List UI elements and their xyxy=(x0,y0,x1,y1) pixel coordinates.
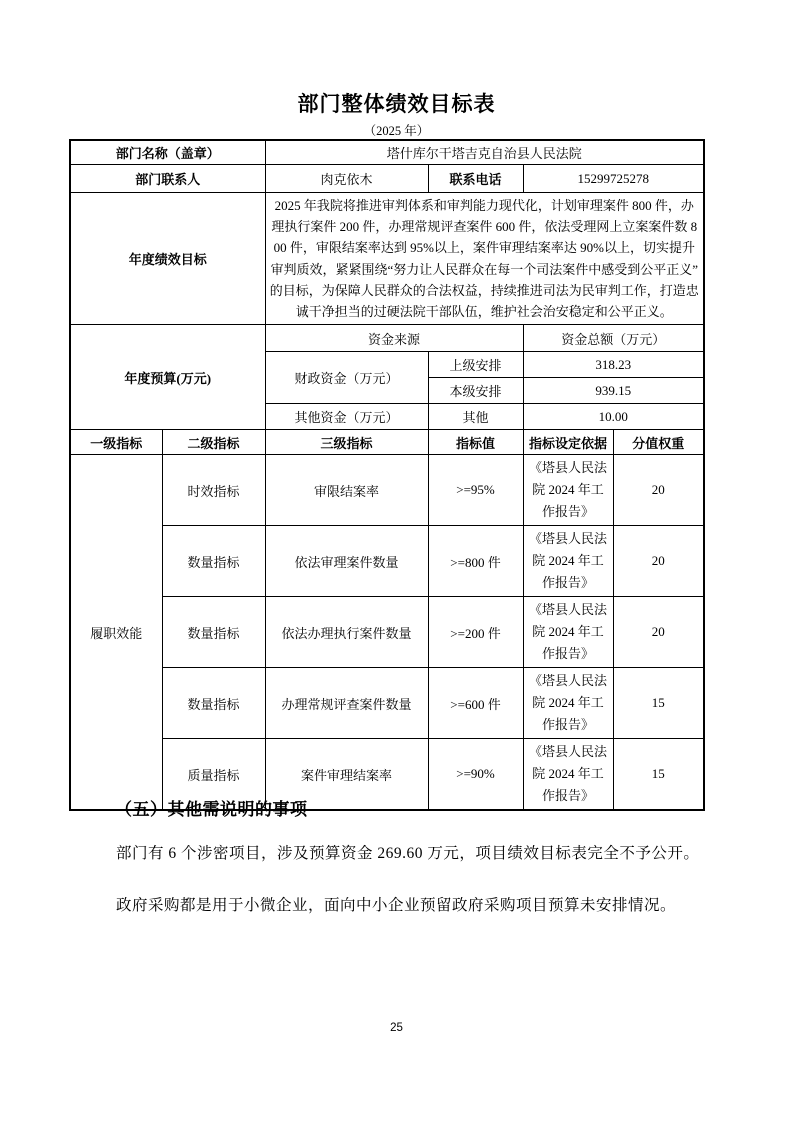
cell-value: >=200 件 xyxy=(428,597,523,668)
cell-level2: 数量指标 xyxy=(162,526,265,597)
cell-level3: 依法办理执行案件数量 xyxy=(265,597,428,668)
budget-fiscal-label: 财政资金（万元） xyxy=(265,352,428,404)
header-level1: 一级指标 xyxy=(70,430,162,455)
budget-upper-value: 318.23 xyxy=(523,352,704,378)
cell-level2: 数量指标 xyxy=(162,597,265,668)
budget-total-header: 资金总额（万元） xyxy=(523,325,704,352)
contact-label: 部门联系人 xyxy=(70,165,265,193)
indicator-row: 数量指标 办理常规评查案件数量 >=600 件 《塔县人民法院 2024 年工作… xyxy=(70,668,704,739)
row-annual-goal: 年度绩效目标 2025 年我院将推进审判体系和审判能力现代化，计划审理案件 80… xyxy=(70,193,704,325)
notes-section: （五）其他需说明的事项 部门有 6 个涉密项目，涉及预算资金 269.60 万元… xyxy=(85,795,710,924)
cell-level2: 时效指标 xyxy=(162,455,265,526)
annual-goal-label: 年度绩效目标 xyxy=(70,193,265,325)
cell-weight: 15 xyxy=(613,668,704,739)
cell-basis: 《塔县人民法院 2024 年工作报告》 xyxy=(523,597,613,668)
row-dept-name: 部门名称（盖章） 塔什库尔干塔吉克自治县人民法院 xyxy=(70,140,704,165)
cell-weight: 20 xyxy=(613,526,704,597)
page-number: 25 xyxy=(0,1022,793,1034)
cell-value: >=600 件 xyxy=(428,668,523,739)
budget-other-value: 10.00 xyxy=(523,404,704,430)
cell-level3: 办理常规评查案件数量 xyxy=(265,668,428,739)
cell-weight: 20 xyxy=(613,455,704,526)
indicator-row: 数量指标 依法审理案件数量 >=800 件 《塔县人民法院 2024 年工作报告… xyxy=(70,526,704,597)
budget-label: 年度预算(万元) xyxy=(70,325,265,430)
header-weight: 分值权重 xyxy=(613,430,704,455)
cell-weight: 20 xyxy=(613,597,704,668)
indicator-row: 数量指标 依法办理执行案件数量 >=200 件 《塔县人民法院 2024 年工作… xyxy=(70,597,704,668)
budget-source-header: 资金来源 xyxy=(265,325,523,352)
budget-local-value: 939.15 xyxy=(523,378,704,404)
cell-level3: 依法审理案件数量 xyxy=(265,526,428,597)
header-basis: 指标设定依据 xyxy=(523,430,613,455)
cell-value: >=95% xyxy=(428,455,523,526)
document-subtitle: （2025 年） xyxy=(0,121,793,139)
notes-paragraph-2: 政府采购都是用于小微企业，面向中小企业预留政府采购项目预算未安排情况。 xyxy=(85,887,710,924)
cell-level2: 数量指标 xyxy=(162,668,265,739)
budget-local-label: 本级安排 xyxy=(428,378,523,404)
phone-label: 联系电话 xyxy=(428,165,523,193)
budget-other-label: 其他资金（万元） xyxy=(265,404,428,430)
header-level2: 二级指标 xyxy=(162,430,265,455)
level1-value: 履职效能 xyxy=(70,455,162,811)
indicator-row: 履职效能 时效指标 审限结案率 >=95% 《塔县人民法院 2024 年工作报告… xyxy=(70,455,704,526)
row-indicator-headers: 一级指标 二级指标 三级指标 指标值 指标设定依据 分值权重 xyxy=(70,430,704,455)
budget-upper-label: 上级安排 xyxy=(428,352,523,378)
row-contact: 部门联系人 肉克依木 联系电话 15299725278 xyxy=(70,165,704,193)
row-budget-header: 年度预算(万元) 资金来源 资金总额（万元） xyxy=(70,325,704,352)
phone-value: 15299725278 xyxy=(523,165,704,193)
contact-value: 肉克依木 xyxy=(265,165,428,193)
cell-basis: 《塔县人民法院 2024 年工作报告》 xyxy=(523,526,613,597)
notes-heading: （五）其他需说明的事项 xyxy=(85,795,710,820)
notes-paragraph-1: 部门有 6 个涉密项目，涉及预算资金 269.60 万元，项目绩效目标表完全不予… xyxy=(85,835,710,872)
header-level3: 三级指标 xyxy=(265,430,428,455)
cell-value: >=800 件 xyxy=(428,526,523,597)
header-value: 指标值 xyxy=(428,430,523,455)
document-title: 部门整体绩效目标表 xyxy=(0,88,793,118)
annual-goal-text: 2025 年我院将推进审判体系和审判能力现代化，计划审理案件 800 件，办理执… xyxy=(265,193,704,325)
dept-name-label: 部门名称（盖章） xyxy=(70,140,265,165)
cell-basis: 《塔县人民法院 2024 年工作报告》 xyxy=(523,455,613,526)
cell-level3: 审限结案率 xyxy=(265,455,428,526)
document-page: 部门整体绩效目标表 （2025 年） 部门名称（盖章） 塔什库尔干塔吉克自治县人… xyxy=(0,0,793,1122)
dept-name-value: 塔什库尔干塔吉克自治县人民法院 xyxy=(265,140,704,165)
cell-basis: 《塔县人民法院 2024 年工作报告》 xyxy=(523,668,613,739)
performance-target-table: 部门名称（盖章） 塔什库尔干塔吉克自治县人民法院 部门联系人 肉克依木 联系电话… xyxy=(69,139,705,811)
budget-other-row-label: 其他 xyxy=(428,404,523,430)
